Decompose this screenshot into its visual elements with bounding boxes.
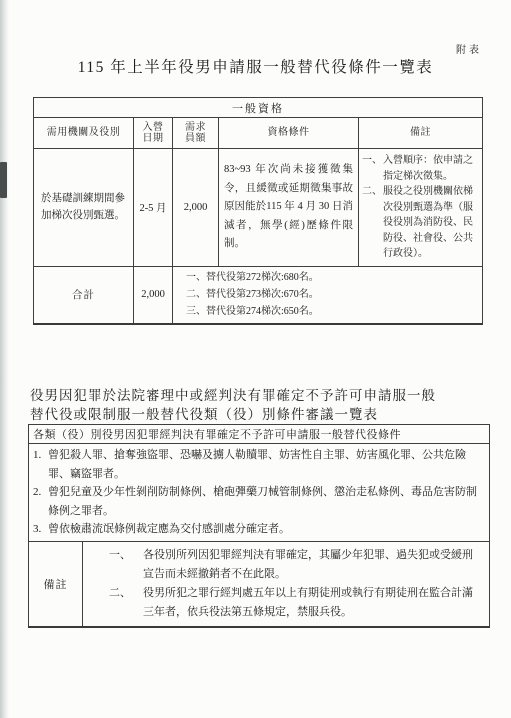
list-text: 曾犯殺人罪、搶奪強盜罪、恐嚇及擄人勒贖罪、妨害性自主罪、妨害風化罪、公共危險罪、… — [48, 446, 485, 483]
list-marker: 1. — [33, 446, 48, 483]
list-text: 各役別所列因犯罪經判決有罪確定，其屬少年犯罪、過失犯或受緩刑宣告而未經撤銷者不在… — [143, 546, 483, 584]
section2-heading-line2: 替代役或限制服一般替代役類（役）別條件審議一覽表 — [30, 405, 495, 424]
cell-entry-date: 2-5 月 — [134, 149, 173, 267]
list-marker: 二、 — [362, 184, 383, 262]
cell-remark-body: 一、 各役別所列因犯罪經判決有罪確定，其屬少年犯罪、過失犯或受緩刑宣告而未經撤銷… — [83, 541, 490, 627]
total-detail-line: 二、替代役第273梯次:670名。 — [186, 286, 481, 303]
list-text: 服役之役別機關依梯次役別甄選為準（服役役別為消防役、民防役、社會役、公共行政役）… — [383, 184, 479, 262]
cell-remarks: 一、 入營順序：依申請之指定梯次徵集。 二、 服役之役別機關依梯次役別甄選為準（… — [359, 149, 483, 267]
document-title: 115 年上半年役男申請服一般替代役條件一覽表 — [0, 56, 511, 80]
section2-heading-line1: 役男因犯罪於法院審理中或經判決有罪確定不予許可申請服一般 — [30, 386, 495, 405]
scan-artifact-smudge — [0, 162, 7, 198]
cell-total-label: 合計 — [34, 266, 134, 324]
cell-conditions: 1. 曾犯殺人罪、搶奪強盜罪、恐嚇及擄人勒贖罪、妨害性自主罪、妨害風化罪、公共危… — [29, 444, 490, 542]
remark-item: 一、 各役別所列因犯罪經判決有罪確定，其屬少年犯罪、過失犯或受緩刑宣告而未經撤銷… — [87, 546, 483, 584]
table2-header: 各類（役）別役男因犯罪經判決有罪確定不予許可申請服一般替代役條件 — [29, 425, 490, 444]
section2-heading: 役男因犯罪於法院審理中或經判決有罪確定不予許可申請服一般 替代役或限制服一般替代… — [30, 386, 495, 424]
table-row: 於基礎訓練期間參加梯次役別甄選。 2-5 月 2,000 83~93 年次尚未接… — [34, 149, 483, 267]
general-qualification-table: 一般資格 需用機關及役別 入營 日期 需求 員額 資格條件 備註 於基礎訓練期間… — [33, 97, 483, 325]
remark-item: 二、 役男所犯之罪行經判處五年以上有期徒刑或執行有期徒刑在監合計滿三年者，依兵役… — [87, 584, 483, 622]
table-row: 合計 2,000 一、替代役第272梯次:680名。 二、替代役第273梯次:6… — [34, 266, 483, 324]
col-header-qualification: 資格條件 — [219, 118, 359, 149]
table-row: 需用機關及役別 入營 日期 需求 員額 資格條件 備註 — [34, 118, 483, 149]
table-row: 1. 曾犯殺人罪、搶奪強盜罪、恐嚇及擄人勒贖罪、妨害性自主罪、妨害風化罪、公共危… — [29, 444, 490, 542]
list-marker: 3. — [33, 520, 48, 539]
table1-section-header: 一般資格 — [34, 98, 483, 118]
col-header-entry-date: 入營 日期 — [134, 118, 173, 149]
attachment-label: 附表 — [456, 41, 482, 56]
cell-quota: 2,000 — [173, 149, 219, 267]
list-marker: 二、 — [109, 584, 143, 622]
col-header-quota: 需求 員額 — [173, 118, 219, 149]
list-marker: 一、 — [109, 546, 143, 584]
condition-item: 1. 曾犯殺人罪、搶奪強盜罪、恐嚇及擄人勒贖罪、妨害性自主罪、妨害風化罪、公共危… — [33, 446, 485, 483]
scan-artifact-left-band — [0, 0, 9, 718]
list-text: 役男所犯之罪行經判處五年以上有期徒刑或執行有期徒刑在監合計滿三年者，依兵役法第五… — [143, 584, 483, 622]
list-text: 曾依檢肅流氓條例裁定應為交付感訓處分確定者。 — [48, 520, 485, 539]
cell-agency: 於基礎訓練期間參加梯次役別甄選。 — [34, 149, 134, 267]
list-marker: 2. — [33, 483, 48, 520]
list-marker: 一、 — [362, 153, 383, 184]
cell-qualification: 83~93 年次尚未接獲徵集令，且緩徵或延期徵集事故原因能於115 年 4 月 … — [219, 149, 359, 267]
total-detail-line: 三、替代役第274梯次:650名。 — [186, 303, 481, 320]
total-detail-line: 一、替代役第272梯次:680名。 — [186, 269, 481, 286]
remark-list-item: 一、 入營順序：依申請之指定梯次徵集。 — [362, 153, 479, 184]
table-row: 各類（役）別役男因犯罪經判決有罪確定不予許可申請服一般替代役條件 — [29, 425, 490, 444]
col-header-remarks: 備註 — [359, 118, 483, 149]
condition-item: 2. 曾犯兒童及少年性剝削防制條例、槍砲彈藥刀械管制條例、懲治走私條例、毒品危害… — [33, 483, 485, 520]
list-text: 曾犯兒童及少年性剝削防制條例、槍砲彈藥刀械管制條例、懲治走私條例、毒品危害防制條… — [48, 483, 485, 520]
cell-remark-label: 備註 — [29, 541, 83, 627]
criminal-condition-table: 各類（役）別役男因犯罪經判決有罪確定不予許可申請服一般替代役條件 1. 曾犯殺人… — [28, 424, 490, 628]
scanned-document-page: 附表 115 年上半年役男申請服一般替代役條件一覽表 一般資格 需用機關及役別 … — [0, 0, 511, 718]
cell-total-quota: 2,000 — [134, 266, 173, 324]
condition-item: 3. 曾依檢肅流氓條例裁定應為交付感訓處分確定者。 — [33, 520, 485, 539]
cell-total-details: 一、替代役第272梯次:680名。 二、替代役第273梯次:670名。 三、替代… — [173, 266, 483, 324]
table-row: 一般資格 — [34, 98, 483, 118]
remark-list-item: 二、 服役之役別機關依梯次役別甄選為準（服役役別為消防役、民防役、社會役、公共行… — [362, 184, 479, 262]
col-header-agency: 需用機關及役別 — [34, 118, 134, 149]
list-text: 入營順序：依申請之指定梯次徵集。 — [383, 153, 479, 184]
table-row: 備註 一、 各役別所列因犯罪經判決有罪確定，其屬少年犯罪、過失犯或受緩刑宣告而未… — [29, 541, 490, 627]
